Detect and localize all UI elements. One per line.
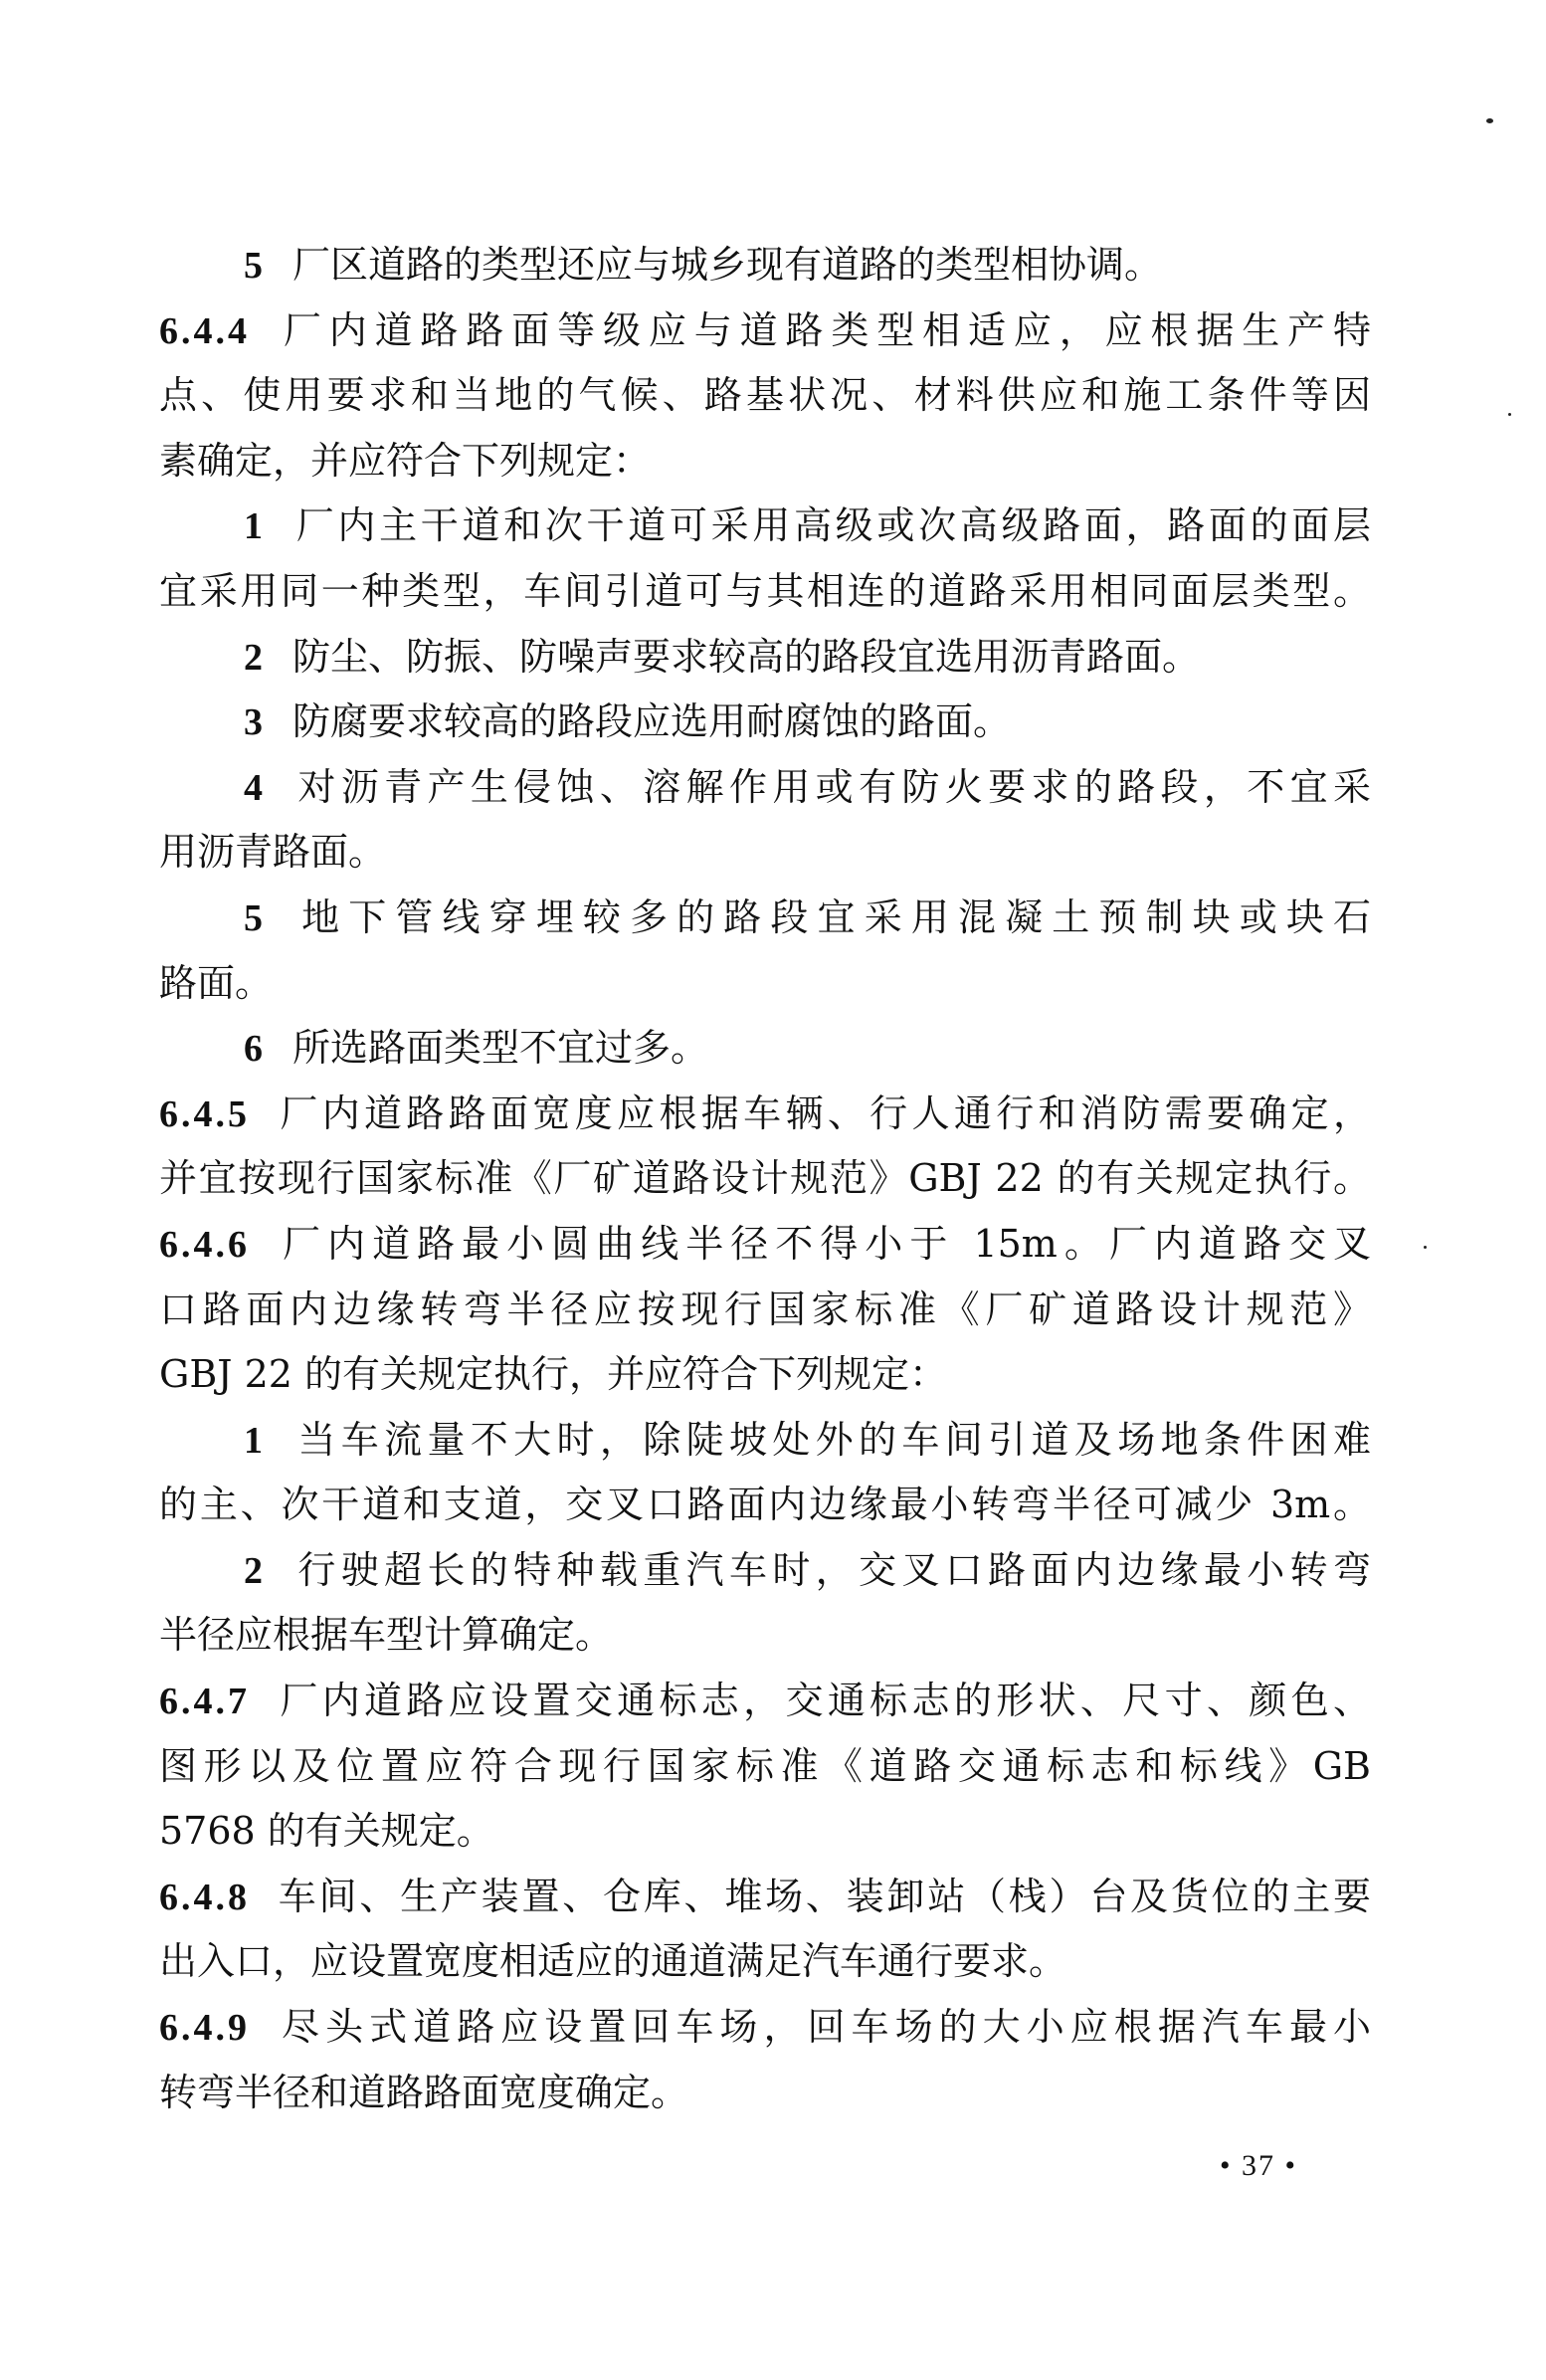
line-text: 出入口，应设置宽度相适应的通道满足汽车通行要求。 [159, 1939, 1066, 1983]
clause-number: 6.4.4 [159, 310, 250, 352]
line-text: 的主、次干道和支道，交叉口路面内边缘最小转弯半径可减少 3m。 [159, 1483, 1371, 1526]
text-line: 并宜按现行国家标准《厂矿道路设计规范》GBJ 22 的有关规定执行。 [159, 1146, 1371, 1212]
line-text: 转弯半径和道路路面宽度确定。 [159, 2071, 688, 2114]
list-item: 2行驶超长的特种载重汽车时，交叉口路面内边缘最小转弯 [159, 1538, 1371, 1604]
text-line: 点、使用要求和当地的气候、路基状况、材料供应和施工条件等因 [159, 363, 1371, 429]
line-text: 素确定，并应符合下列规定： [159, 439, 651, 483]
text-line: GBJ 22 的有关规定执行，并应符合下列规定： [159, 1342, 1371, 1408]
line-text: 当车流量不大时，除陡坡处外的车间引道及场地条件困难 [292, 1418, 1371, 1462]
scan-speck [1508, 413, 1511, 416]
line-text: GBJ 22 的有关规定执行，并应符合下列规定： [159, 1352, 947, 1396]
clause-heading-line: 6.4.4厂内道路路面等级应与道路类型相适应，应根据生产特 [159, 298, 1371, 364]
line-text: 5768 的有关规定。 [159, 1809, 494, 1853]
clause-number: 6.4.6 [159, 1224, 250, 1266]
text-line: 宜采用同一种类型，车间引道可与其相连的道路采用相同面层类型。 [159, 559, 1371, 625]
line-text: 口路面内边缘转弯半径应按现行国家标准《厂矿道路设计规范》 [159, 1288, 1371, 1331]
line-text: 地下管线穿埋较多的路段宜采用混凝土预制块或块石 [292, 895, 1371, 939]
line-text: 半径应根据车型计算确定。 [159, 1613, 613, 1657]
item-number: 3 [244, 701, 265, 743]
item-number: 1 [244, 505, 265, 547]
item-number: 2 [244, 1550, 265, 1592]
line-text: 厂内道路应设置交通标志，交通标志的形状、尺寸、颜色、 [276, 1679, 1371, 1722]
list-item: 2防尘、防振、防噪声要求较高的路段宜选用沥青路面。 [159, 625, 1371, 691]
line-text: 所选路面类型不宜过多。 [292, 1026, 708, 1070]
line-text: 防尘、防振、防噪声要求较高的路段宜选用沥青路面。 [292, 635, 1200, 679]
text-line: 出入口，应设置宽度相适应的通道满足汽车通行要求。 [159, 1929, 1371, 1995]
item-number: 1 [244, 1420, 265, 1462]
line-text: 防腐要求较高的路段应选用耐腐蚀的路面。 [292, 699, 1011, 743]
clause-number: 6.4.9 [159, 2007, 250, 2049]
clause-heading-line: 6.4.7厂内道路应设置交通标志，交通标志的形状、尺寸、颜色、 [159, 1669, 1371, 1734]
line-text: 图形以及位置应符合现行国家标准《道路交通标志和标线》GB [159, 1744, 1371, 1788]
item-number: 5 [244, 897, 265, 939]
text-line: 5768 的有关规定。 [159, 1799, 1371, 1865]
line-text: 行驶超长的特种载重汽车时，交叉口路面内边缘最小转弯 [292, 1548, 1371, 1592]
text-line: 路面。 [159, 951, 1371, 1017]
clause-heading-line: 6.4.9尽头式道路应设置回车场，回车场的大小应根据汽车最小 [159, 1995, 1371, 2061]
clause-number: 6.4.5 [159, 1093, 250, 1135]
line-text: 车间、生产装置、仓库、堆场、装卸站（栈）台及货位的主要 [276, 1875, 1371, 1918]
text-line: 的主、次干道和支道，交叉口路面内边缘最小转弯半径可减少 3m。 [159, 1473, 1371, 1538]
list-item: 1当车流量不大时，除陡坡处外的车间引道及场地条件困难 [159, 1408, 1371, 1474]
line-text: 厂内道路路面等级应与道路类型相适应，应根据生产特 [276, 308, 1371, 352]
list-item: 4对沥青产生侵蚀、溶解作用或有防火要求的路段，不宜采 [159, 755, 1371, 821]
text-line: 素确定，并应符合下列规定： [159, 429, 1371, 495]
item-number: 6 [244, 1028, 265, 1070]
text-line: 图形以及位置应符合现行国家标准《道路交通标志和标线》GB [159, 1734, 1371, 1800]
list-item: 5地下管线穿埋较多的路段宜采用混凝土预制块或块石 [159, 886, 1371, 951]
list-item: 1厂内主干道和次干道可采用高级或次高级路面，路面的面层 [159, 494, 1371, 559]
line-text: 路面。 [159, 961, 273, 1005]
list-item: 3防腐要求较高的路段应选用耐腐蚀的路面。 [159, 690, 1371, 755]
document-page: 5厂区道路的类型还应与城乡现有道路的类型相协调。 6.4.4厂内道路路面等级应与… [0, 0, 1546, 2380]
scan-speck [1486, 118, 1493, 123]
text-line: 用沥青路面。 [159, 820, 1371, 886]
body-text: 5厂区道路的类型还应与城乡现有道路的类型相协调。 6.4.4厂内道路路面等级应与… [159, 233, 1371, 2125]
text-line: 口路面内边缘转弯半径应按现行国家标准《厂矿道路设计规范》 [159, 1278, 1371, 1343]
text-line: 转弯半径和道路路面宽度确定。 [159, 2061, 1371, 2126]
line-text: 厂内道路路面宽度应根据车辆、行人通行和消防需要确定， [276, 1091, 1371, 1135]
clause-heading-line: 6.4.6厂内道路最小圆曲线半径不得小于 15m。厂内道路交叉 [159, 1212, 1371, 1278]
line-text: 厂内主干道和次干道可采用高级或次高级路面，路面的面层 [292, 503, 1371, 547]
item-number: 4 [244, 767, 265, 809]
scan-speck [1424, 1246, 1427, 1249]
clause-number: 6.4.8 [159, 1877, 250, 1918]
line-text: 尽头式道路应设置回车场，回车场的大小应根据汽车最小 [276, 2005, 1371, 2049]
item-number: 2 [244, 637, 265, 679]
text-line: 半径应根据车型计算确定。 [159, 1603, 1371, 1669]
clause-number: 6.4.7 [159, 1681, 250, 1722]
item-number: 5 [244, 245, 265, 287]
line-text: 并宜按现行国家标准《厂矿道路设计规范》GBJ 22 的有关规定执行。 [159, 1156, 1371, 1200]
list-item: 5厂区道路的类型还应与城乡现有道路的类型相协调。 [159, 233, 1371, 298]
page-number: • 37 • [1220, 2149, 1297, 2183]
line-text: 厂区道路的类型还应与城乡现有道路的类型相协调。 [292, 243, 1162, 287]
line-text: 点、使用要求和当地的气候、路基状况、材料供应和施工条件等因 [159, 373, 1371, 417]
list-item: 6所选路面类型不宜过多。 [159, 1016, 1371, 1082]
line-text: 厂内道路最小圆曲线半径不得小于 15m。厂内道路交叉 [276, 1222, 1371, 1266]
clause-heading-line: 6.4.8车间、生产装置、仓库、堆场、装卸站（栈）台及货位的主要 [159, 1865, 1371, 1930]
line-text: 宜采用同一种类型，车间引道可与其相连的道路采用相同面层类型。 [159, 569, 1371, 613]
line-text: 对沥青产生侵蚀、溶解作用或有防火要求的路段，不宜采 [292, 765, 1371, 809]
line-text: 用沥青路面。 [159, 830, 386, 874]
clause-heading-line: 6.4.5厂内道路路面宽度应根据车辆、行人通行和消防需要确定， [159, 1082, 1371, 1147]
